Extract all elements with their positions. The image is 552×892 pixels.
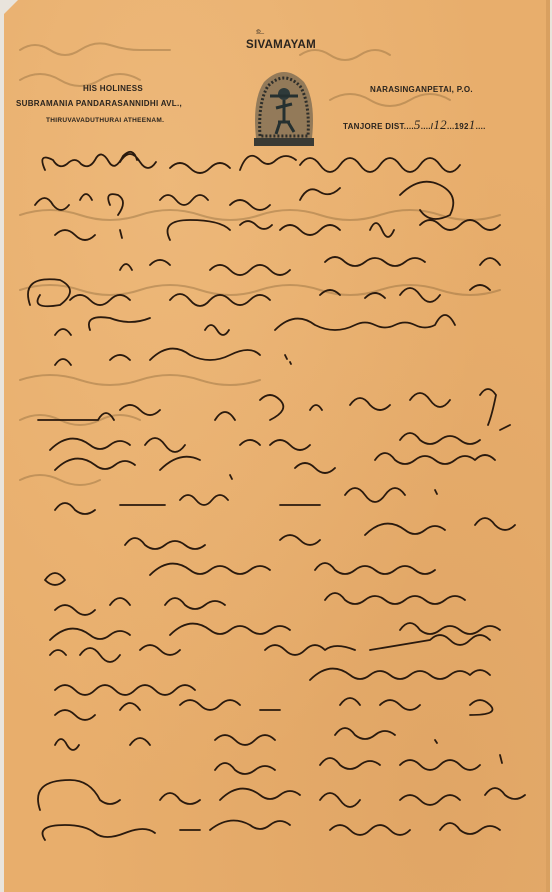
date-day: 5	[414, 117, 421, 132]
date-month: 12	[433, 117, 447, 132]
invocation-symbol: உ	[256, 26, 264, 38]
sender-institution: THIRUVAVADUTHURAI ATHEENAM.	[46, 117, 164, 124]
sender-title: HIS HOLINESS	[83, 84, 143, 93]
district-label: TANJORE DIST	[343, 122, 404, 131]
torn-corner	[4, 0, 18, 14]
date-year-printed: 192	[455, 122, 469, 131]
date-year-handwritten: 1	[469, 117, 476, 132]
sender-name: SUBRAMANIA PANDARASANNIDHI AVL.,	[16, 99, 182, 108]
paper-edge	[546, 0, 550, 892]
nataraja-seal-icon	[250, 60, 318, 148]
address-district-date: TANJORE DIST....5..../12...1921....	[343, 117, 486, 133]
address-post-office: NARASINGANPETAI, P.O.	[370, 85, 473, 94]
letterhead-title: SIVAMAYAM	[246, 39, 316, 51]
